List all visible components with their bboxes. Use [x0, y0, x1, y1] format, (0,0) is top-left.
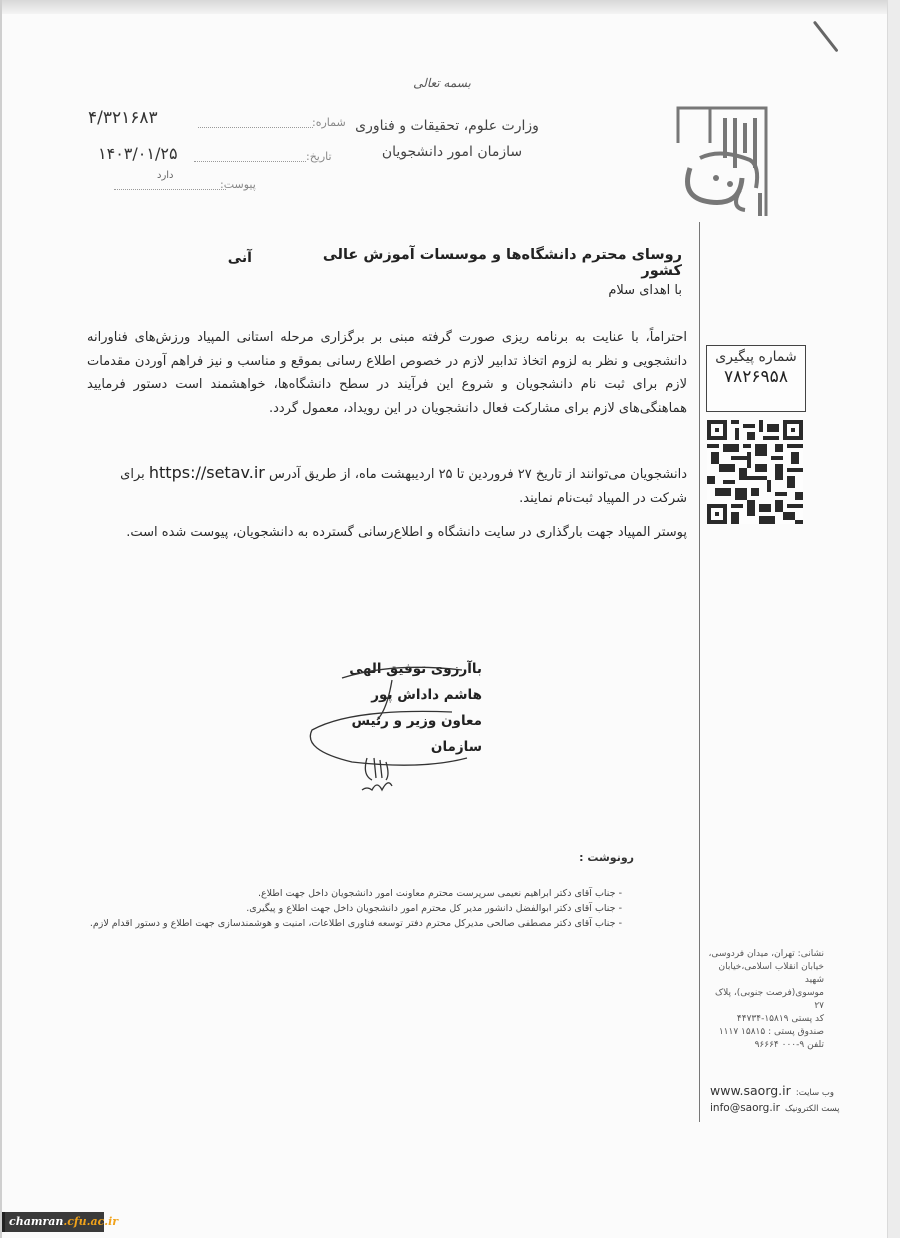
logo-icon: [670, 98, 780, 218]
watermark-part-1: chamran: [9, 1215, 63, 1228]
registration-line-2: شرکت در المپیاد ثبت‌نام نمایند.: [519, 491, 687, 506]
attachment-value: دارد: [157, 170, 174, 181]
email-row: info@saorg.ir پست الکترونیک: [710, 1096, 880, 1115]
body-paragraph-2: دانشجویان می‌توانند از تاریخ ۲۷ فروردین …: [87, 461, 687, 510]
attachment-dots: [114, 188, 226, 190]
margin-divider: [699, 222, 700, 1122]
tracking-box: شماره پیگیری ۷۸۲۶۹۵۸: [706, 345, 806, 412]
handwritten-signature-icon: [292, 650, 472, 800]
date-value: ۱۴۰۳/۰۱/۲۵: [98, 144, 178, 163]
email-link[interactable]: info@saorg.ir: [710, 1102, 780, 1114]
recipient-line: روسای محترم دانشگاه‌ها و موسسات آموزش عا…: [302, 247, 682, 279]
watermark-part-2: .cfu.ac.ir: [63, 1215, 118, 1228]
tracking-label: شماره پیگیری: [707, 349, 805, 365]
basmala: بسمه تعالی: [412, 76, 472, 90]
tracking-number: ۷۸۲۶۹۵۸: [707, 367, 805, 387]
letter-page: ۴/۳۲۱۶۸۳ شماره: ۱۴۰۳/۰۱/۲۵ تاریخ: دارد پ…: [2, 0, 887, 1238]
phone-number: تلفن ۹-۰۰۰ ۹۶۶۶۴: [708, 1039, 824, 1052]
po-box: صندوق پستی : ۱۵۸۱۵ ۱۱۱۷: [708, 1026, 824, 1039]
registration-dates-text: دانشجویان می‌توانند از تاریخ ۲۷ فروردین …: [269, 467, 687, 482]
body-paragraph-3: پوستر المپیاد جهت بارگذاری در سایت دانشگ…: [87, 521, 687, 545]
cc-item: - جناب آقای دکتر ابوالفضل دانشور مدیر کل…: [92, 901, 622, 916]
greeting: با اهدای سلام: [522, 283, 682, 298]
qr-code: [707, 420, 803, 524]
organization-logo: [670, 98, 780, 218]
cc-item: - جناب آقای دکتر مصطفی صالحی مدیرکل محتر…: [92, 916, 622, 931]
scan-right-edge: [887, 0, 900, 1238]
attachment-label: پیوست:: [220, 178, 256, 191]
postal-code: کد پستی ۱۵۸۱۹-۴۴۷۳۴: [708, 1013, 824, 1026]
organization-name: سازمان امور دانشجویان: [352, 144, 552, 160]
date-dots: [194, 160, 306, 162]
number-value: ۴/۳۲۱۶۸۳: [88, 108, 158, 128]
site-watermark: chamran.cfu.ac.ir: [2, 1212, 104, 1232]
cc-list: - جناب آقای دکتر ابراهیم نعیمی سرپرست مح…: [92, 886, 622, 931]
address-line: نشانی: تهران، میدان فردوسی،: [708, 948, 824, 961]
address-block: نشانی: تهران، میدان فردوسی، خیابان انقلا…: [708, 948, 824, 1052]
staple-mark: [813, 21, 839, 53]
cc-item: - جناب آقای دکتر ابراهیم نعیمی سرپرست مح…: [92, 886, 622, 901]
address-line: موسوی(فرصت جنوبی)، پلاک ۲۷: [708, 987, 824, 1013]
ministry-name: وزارت علوم، تحقیقات و فناوری: [332, 118, 562, 134]
date-label: تاریخ:: [306, 150, 332, 163]
registration-url-link[interactable]: https://setav.ir: [149, 463, 265, 482]
address-line: خیابان انقلاب اسلامی،خیابان شهید: [708, 961, 824, 987]
number-dots: [198, 126, 313, 128]
body-paragraph-1: احتراماً، با عنایت به برنامه ریزی صورت گ…: [87, 326, 687, 420]
scan-top-edge: [2, 0, 887, 14]
qr-code-icon: [707, 420, 803, 524]
cc-title: رونوشت :: [562, 851, 634, 864]
registration-after-url: برای: [120, 467, 145, 482]
priority-label: آنی: [202, 250, 252, 266]
email-label: پست الکترونیک: [785, 1104, 840, 1114]
